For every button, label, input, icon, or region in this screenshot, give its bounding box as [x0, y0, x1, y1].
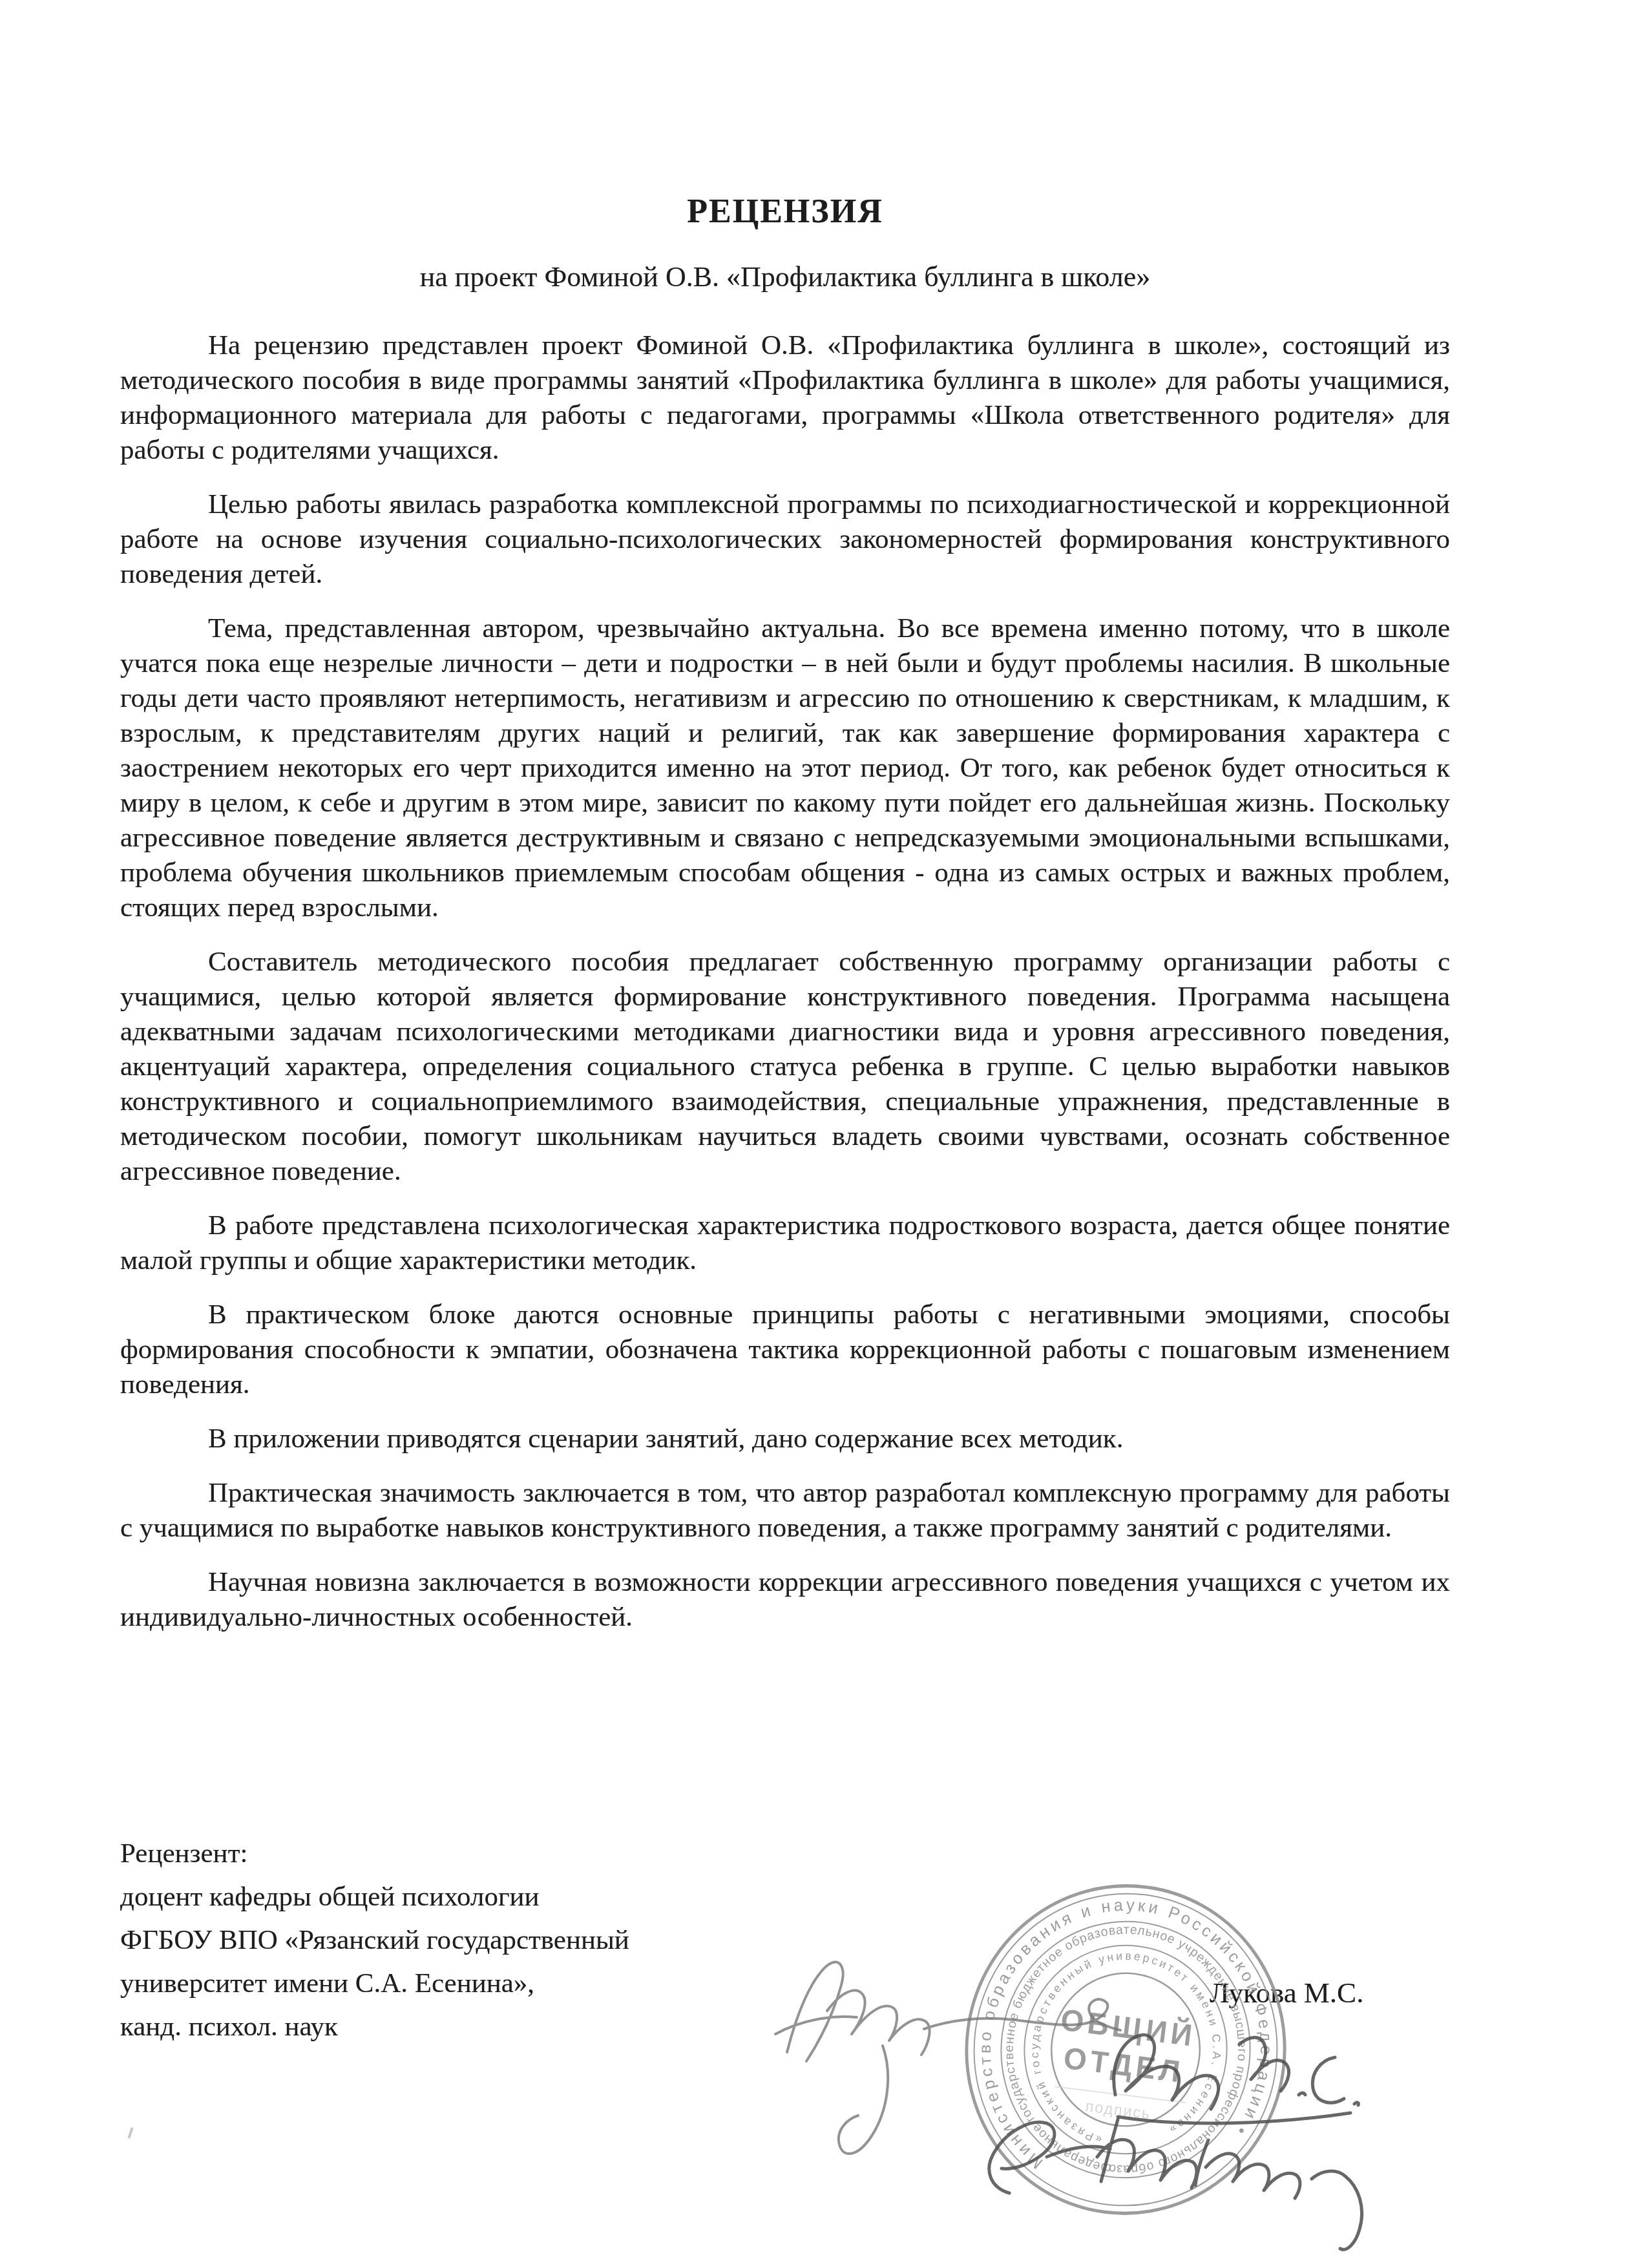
paragraph-1: На рецензию представлен проект Фоминой О… — [120, 328, 1450, 468]
director-signature — [989, 2119, 1362, 2249]
paragraph-3: Тема, представленная автором, чрезвычайн… — [120, 611, 1450, 925]
document-title: РЕЦЕНЗИЯ — [120, 193, 1450, 231]
scanned-review-page: РЕЦЕНЗИЯ на проект Фоминой О.В. «Профила… — [0, 0, 1649, 2268]
reviewer-credentials: Рецензент: доцент кафедры общей психолог… — [120, 1832, 629, 2048]
review-body: РЕЦЕНЗИЯ на проект Фоминой О.В. «Профила… — [120, 193, 1450, 1654]
credential-line-degree: канд. психол. наук — [120, 2005, 629, 2048]
paragraph-9: Научная новизна заключается в возможност… — [120, 1565, 1450, 1635]
pencil-signature — [775, 1962, 1120, 2154]
paragraph-6: В практическом блоке даются основные при… — [120, 1297, 1450, 1402]
paragraph-2: Целью работы явилась разработка комплекс… — [120, 487, 1450, 592]
paragraph-8: Практическая значимость заключается в то… — [120, 1476, 1450, 1546]
credential-line-university-1: ФГБОУ ВПО «Рязанский государственный — [120, 1918, 629, 1962]
credential-line-role: Рецензент: — [120, 1832, 629, 1875]
paragraph-7: В приложении приводятся сценарии занятий… — [120, 1422, 1450, 1456]
paragraph-4: Составитель методического пособия предла… — [120, 945, 1450, 1189]
pen-signature — [1114, 2035, 1359, 2123]
review-paragraphs: На рецензию представлен проект Фоминой О… — [120, 328, 1450, 1635]
stray-pencil-mark — [127, 2127, 133, 2139]
credential-line-position: доцент кафедры общей психологии — [120, 1875, 629, 1918]
paragraph-5: В работе представлена психологическая ха… — [120, 1208, 1450, 1278]
handwritten-signatures — [730, 1926, 1473, 2268]
document-subtitle: на проект Фоминой О.В. «Профилактика бул… — [120, 260, 1450, 293]
credential-line-university-2: университет имени С.А. Есенина», — [120, 1962, 629, 2005]
